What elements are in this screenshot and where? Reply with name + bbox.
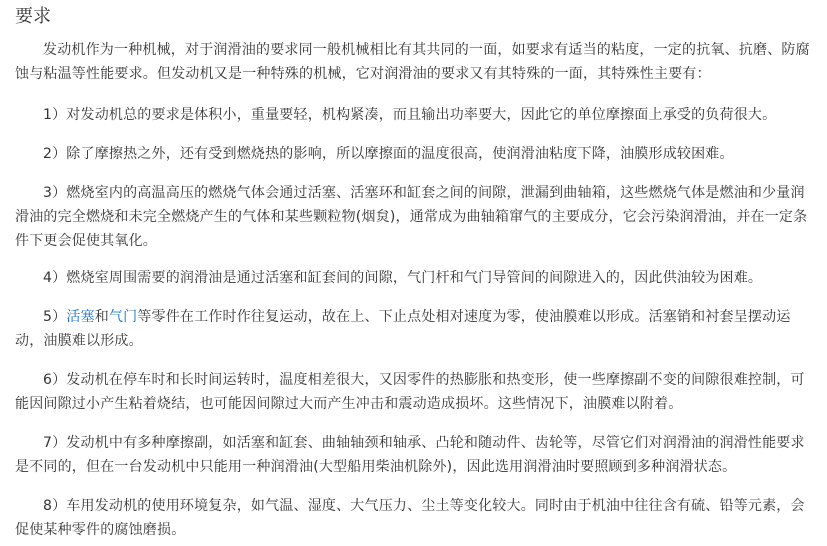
requirement-item-4: 4）燃烧室周围需要的润滑油是通过活塞和缸套间的间隙，气门杆和气门导管间的间隙进入… [15,266,810,290]
requirement-item-6: 6）发动机在停车时和长时间运转时，温度相差很大，又因零件的热膨胀和热变形，使一些… [15,368,810,416]
requirement-item-1: 1）对发动机总的要求是体积小，重量要轻，机构紧凑，而且输出功率要大，因此它的单位… [15,103,810,127]
requirement-item-5: 5）活塞和气门等零件在工作时作往复运动，故在上、下止点处相对速度为零，使油膜难以… [15,305,810,353]
item-5-conjunction: 和 [95,309,109,325]
requirement-item-7: 7）发动机中有多种摩擦副，如活塞和缸套、曲轴轴颈和轴承、凸轮和随动件、齿轮等，尽… [15,431,810,479]
piston-link[interactable]: 活塞 [66,309,94,325]
valve-link[interactable]: 气门 [109,309,137,325]
requirement-item-3: 3）燃烧室内的高温高压的燃烧气体会通过活塞、活塞环和缸套之间的间隙，泄漏到曲轴箱… [15,181,810,253]
section-title: 要求 [15,4,51,30]
requirement-item-8: 8）车用发动机的使用环境复杂，如气温、湿度、大气压力、尘土等变化较大。同时由于机… [15,494,810,542]
requirement-item-2: 2）除了摩擦热之外，还有受到燃烧热的影响，所以摩擦面的温度很高，使润滑油粘度下降… [15,142,810,166]
article-section: 要求 发动机作为一种机械，对于润滑油的要求同一般机械相比有其共同的一面，如要求有… [0,0,827,546]
item-5-prefix: 5） [43,309,66,325]
intro-paragraph: 发动机作为一种机械，对于润滑油的要求同一般机械相比有其共同的一面，如要求有适当的… [15,38,810,86]
